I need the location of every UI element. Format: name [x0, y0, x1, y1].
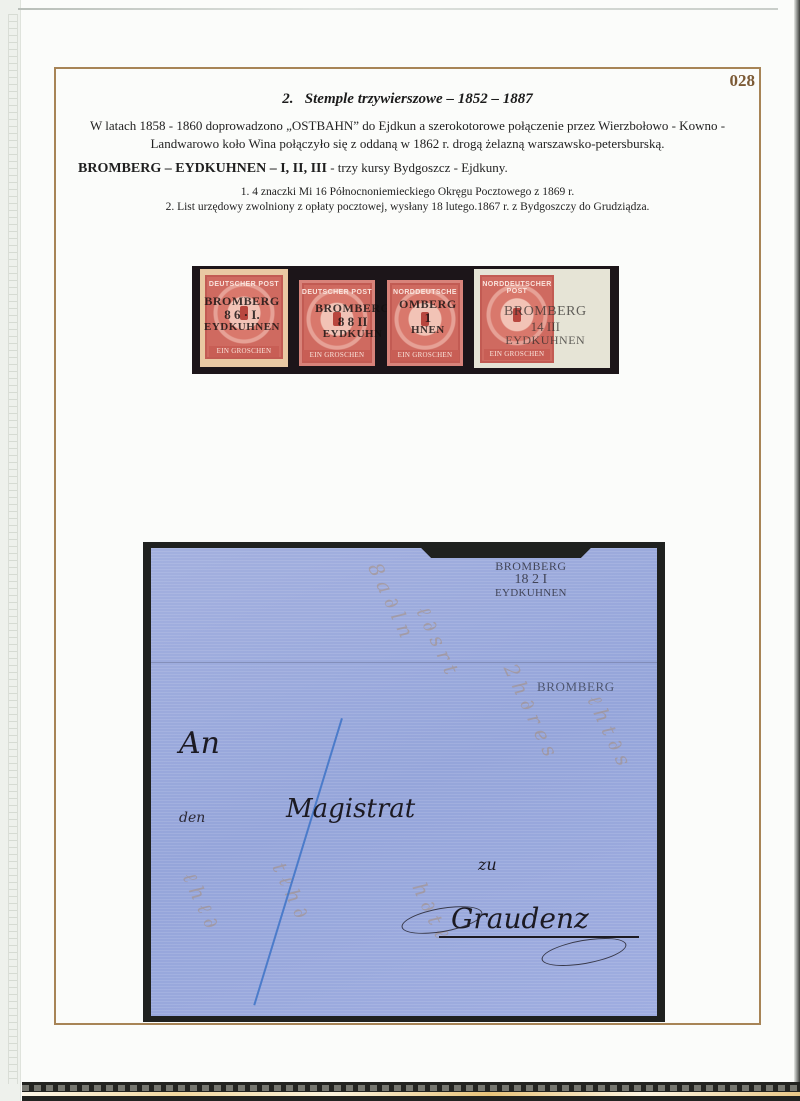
item-notes: 1. 4 znaczki Mi 16 Północnoniemieckiego …: [56, 185, 759, 215]
page-right-edge: [794, 0, 800, 1101]
stamp-ring-text: DEUTSCHER POST: [299, 289, 375, 296]
page-title: 2. Stemple trzywierszowe – 1852 – 1887: [56, 91, 759, 108]
page-number: 028: [730, 71, 756, 91]
letter-cover-mount: 8 a ∂ l n ℓ ∂ s r t 2 h ∂ r e s ℓ h t ∂ …: [143, 542, 665, 1022]
address-line-magistrat: Magistrat: [286, 794, 415, 824]
stamp-value-label: EIN GROSCHEN: [484, 349, 550, 360]
binder-strip-left: [0, 0, 21, 1101]
script-flourish: [540, 933, 629, 972]
stamp-cancel: BROMBERG 14 III EYDKUHNEN: [504, 305, 587, 346]
show-through-writing: ℓ h t ∂ s: [581, 691, 635, 770]
fold-line: [151, 662, 657, 663]
route-subheading: BROMBERG – EYDKUHNEN – I, II, III - trzy…: [78, 160, 508, 177]
intro-paragraph: W latach 1858 - 1860 doprowadzono „OSTBA…: [70, 117, 745, 153]
stamp-2[interactable]: DEUTSCHER POST EIN GROSCHEN BROMBERG 8 8…: [299, 280, 375, 366]
letter-cover[interactable]: 8 a ∂ l n ℓ ∂ s r t 2 h ∂ r e s ℓ h t ∂ …: [151, 548, 657, 1016]
address-line-zu: zu: [478, 855, 497, 874]
stamp-ring-text: NORDDEUTSCHER POST: [480, 281, 554, 295]
binder-strip-bottom: [22, 1082, 800, 1101]
stamp-mount-strip: DEUTSCHER POST EIN GROSCHEN BROMBERG 8 6…: [192, 266, 619, 374]
cover-town-mark: BROMBERG: [537, 679, 615, 695]
stamp-cancel: OMBERG 1 HNEN: [399, 298, 457, 336]
show-through-writing: 2 h ∂ r e s: [499, 660, 563, 760]
show-through-writing: ℓ ∂ s r t: [410, 603, 463, 679]
stamp-3[interactable]: NORDDEUTSCHE EIN GROSCHEN OMBERG 1 HNEN: [387, 280, 463, 366]
blue-crayon-mark: [253, 718, 343, 1005]
cover-railway-postmark: BROMBERG 18 2 I EYDKUHNEN: [495, 560, 567, 599]
note-cover: 2. List urzędowy zwolniony z opłaty pocz…: [56, 200, 759, 215]
stamp-value-label: EIN GROSCHEN: [209, 346, 279, 357]
address-line-an: An: [179, 726, 220, 761]
route-description: - trzy kursy Bydgoszcz - Ejdkuny.: [327, 160, 508, 175]
stamp-ring-text: DEUTSCHER POST: [200, 281, 288, 288]
stamp-4-on-piece[interactable]: NORDDEUTSCHER POST EIN GROSCHEN BROMBERG…: [474, 269, 610, 368]
address-line-den: den: [179, 810, 205, 826]
route-name: BROMBERG – EYDKUHNEN – I, II, III: [78, 161, 327, 176]
stamp-1[interactable]: DEUTSCHER POST EIN GROSCHEN BROMBERG 8 6…: [200, 269, 288, 367]
stamp-cancel: BROMBERG 8 8 II EYDKUHN: [315, 302, 390, 340]
show-through-writing: ℓ h ℓ ∂: [177, 868, 225, 932]
stamp-ring-text: NORDDEUTSCHE: [387, 289, 463, 296]
show-through-writing: 8 a ∂ l n: [363, 559, 418, 641]
note-stamps: 1. 4 znaczki Mi 16 Północnoniemieckiego …: [56, 185, 759, 200]
stamp-value-label: EIN GROSCHEN: [391, 350, 459, 361]
stamp-cancel: BROMBERG 8 6 · I. EYDKUHNEN: [204, 295, 280, 333]
top-rule: [18, 8, 778, 10]
stamp-value-label: EIN GROSCHEN: [303, 350, 371, 361]
